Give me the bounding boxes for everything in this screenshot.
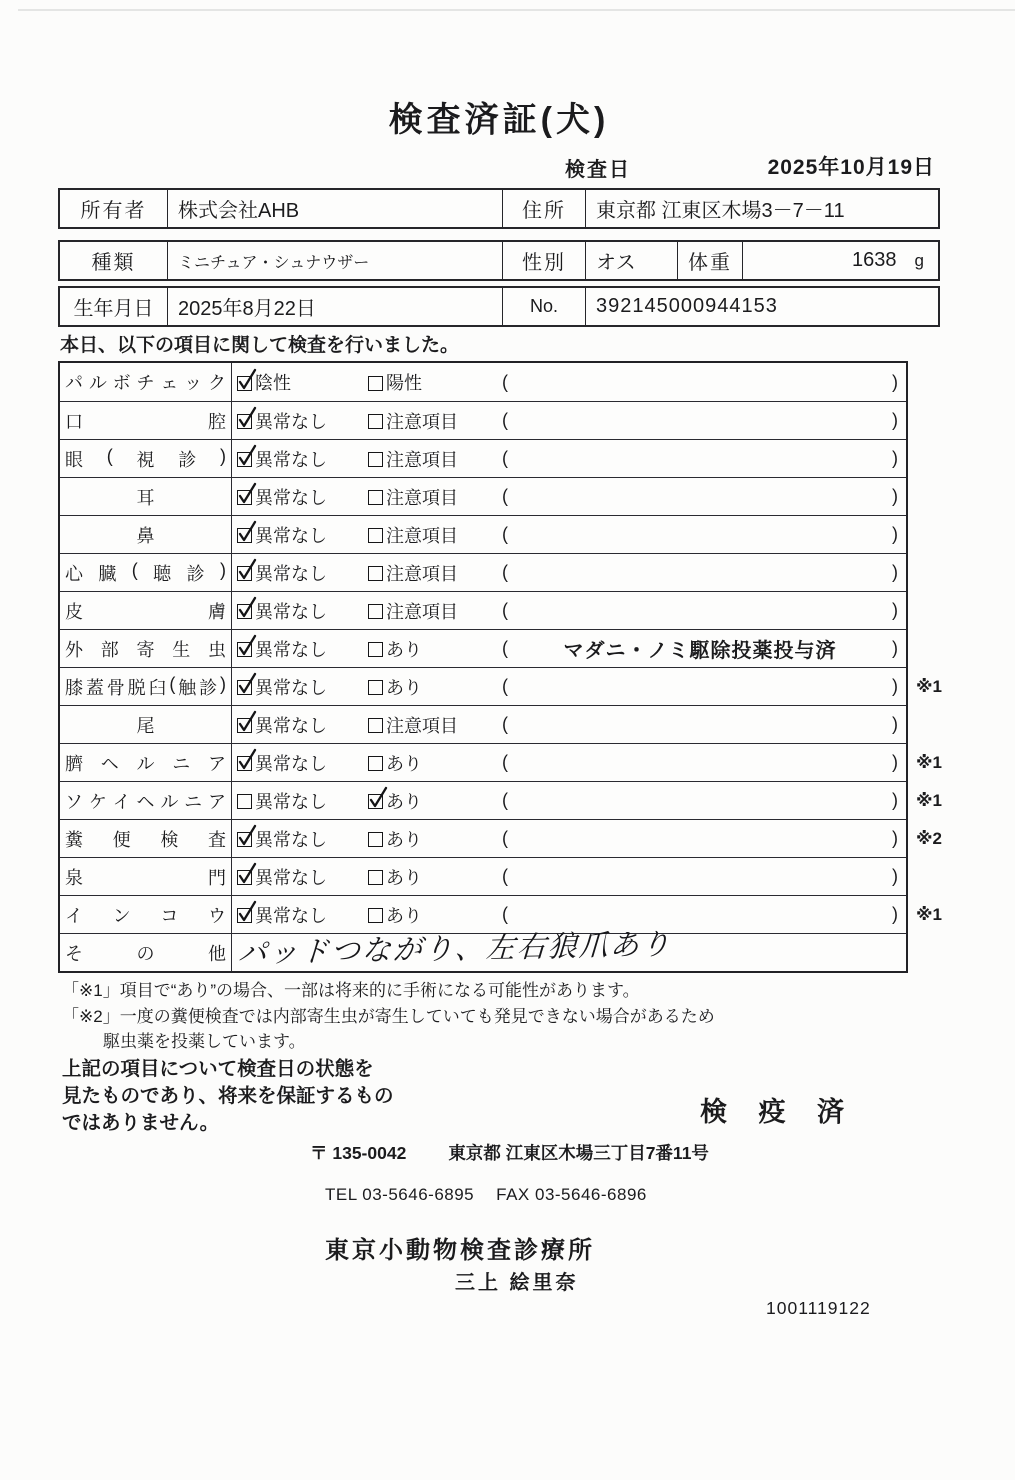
paren-close: ) xyxy=(892,858,898,895)
paren-open: ( xyxy=(502,706,508,743)
inspection-date-label: 検査日 xyxy=(565,153,631,182)
intro-text: 本日、以下の項目に関して検査を行いました。 xyxy=(60,330,459,357)
checkbox-unchecked xyxy=(368,452,383,467)
inspection-date-value: 2025年10月19日 xyxy=(768,151,935,181)
quarantine-stamp: 検 疫 済 xyxy=(700,1090,856,1129)
clinic-address: 東京都 江東区木場三丁目7番11号 xyxy=(448,1140,709,1165)
exam-row: 尾異常なし注意項目() xyxy=(60,705,906,743)
exam-row-content: 陰性陽性() xyxy=(232,363,906,401)
exam-option-2: あり xyxy=(368,820,422,857)
disclaimer-line-3: ではありません。 xyxy=(62,1110,394,1137)
handwritten-check-icon xyxy=(235,633,260,660)
paren-open: ( xyxy=(502,820,508,857)
checkbox-unchecked xyxy=(368,642,383,657)
paren-close: ) xyxy=(892,706,898,743)
checkbox-unchecked xyxy=(368,680,383,695)
exam-item-label: その他 xyxy=(60,934,232,971)
handwritten-check-icon xyxy=(235,443,260,470)
checkbox-unchecked xyxy=(368,718,383,733)
row-reference-mark: ※1 xyxy=(916,668,942,705)
scan-artifact-line xyxy=(18,9,1015,11)
clinic-tel: TEL 03-5646-6895 xyxy=(325,1185,474,1205)
handwritten-check-icon xyxy=(235,671,260,698)
weight-value-cell: 1638 g xyxy=(742,242,938,279)
checkbox-checked xyxy=(368,794,383,809)
address-label: 住所 xyxy=(502,190,585,227)
paren-open: ( xyxy=(502,554,508,591)
breed-label: 種類 xyxy=(60,242,167,279)
paren-close: ) xyxy=(892,554,898,591)
paren-close: ) xyxy=(892,516,898,553)
owner-label: 所有者 xyxy=(60,190,167,227)
exam-option-2: 注意項目 xyxy=(368,592,458,629)
exam-option-2: 注意項目 xyxy=(368,440,458,477)
handwritten-check-icon xyxy=(235,709,260,736)
exam-row-content: パッドつながり、左右狼爪あり xyxy=(232,934,906,971)
exam-row: ソケイヘルニア※1異常なしあり() xyxy=(60,781,906,819)
exam-option-2: あり xyxy=(368,858,422,895)
exam-row: 臍ヘルニア※1異常なしあり() xyxy=(60,743,906,781)
handwritten-check-icon xyxy=(366,785,391,812)
checkbox-checked xyxy=(237,718,252,733)
checkbox-unchecked xyxy=(368,490,383,505)
exam-row-content: 異常なし注意項目() xyxy=(232,402,906,439)
exam-item-label: 口腔 xyxy=(60,402,232,439)
exam-item-label: 糞便検査 xyxy=(60,820,232,857)
exam-row-content: 異常なしあり() xyxy=(232,668,906,705)
exam-item-label: ソケイヘルニア xyxy=(60,782,232,819)
handwritten-check-icon xyxy=(235,557,260,584)
handwritten-check-icon xyxy=(235,405,260,432)
handwritten-check-icon xyxy=(235,519,260,546)
exam-row-content: 異常なし注意項目() xyxy=(232,554,906,591)
animal-table-row2: 生年月日 2025年8月22日 No. 392145000944153 xyxy=(58,286,940,327)
clinic-name: 東京小動物検査診療所 xyxy=(325,1230,595,1265)
exam-option-2: 注意項目 xyxy=(368,706,458,743)
exam-row: パルボチェック陰性陽性() xyxy=(60,363,906,401)
exam-row: 心臓(聴診)異常なし注意項目() xyxy=(60,553,906,591)
weight-unit: g xyxy=(915,251,924,271)
paren-close: ) xyxy=(892,478,898,515)
exam-option-1: 異常なし xyxy=(237,516,327,553)
checkbox-unchecked xyxy=(368,832,383,847)
document-title: 検査済証(犬) xyxy=(58,92,940,141)
exam-option-2: 注意項目 xyxy=(368,478,458,515)
checkbox-checked xyxy=(237,642,252,657)
handwritten-check-icon xyxy=(235,367,260,394)
breed-value: ミニチュア・シュナウザー xyxy=(167,242,502,279)
checkbox-checked xyxy=(237,908,252,923)
handwritten-check-icon xyxy=(235,899,260,926)
exam-row: 口腔異常なし注意項目() xyxy=(60,401,906,439)
paren-close: ) xyxy=(892,402,898,439)
disclaimer-line-1: 上記の項目について検査日の状態を xyxy=(62,1056,394,1083)
handwritten-check-icon xyxy=(235,481,260,508)
paren-open: ( xyxy=(502,858,508,895)
checkbox-checked xyxy=(237,376,252,391)
exam-option-2: あり xyxy=(368,630,422,667)
sex-value: オス xyxy=(585,242,677,279)
exam-row-content: 異常なし注意項目() xyxy=(232,440,906,477)
paren-open: ( xyxy=(502,363,508,401)
checkbox-unchecked xyxy=(368,528,383,543)
exam-row: 眼(視診)異常なし注意項目() xyxy=(60,439,906,477)
checkbox-checked xyxy=(237,452,252,467)
exam-item-label: 外部寄生虫 xyxy=(60,630,232,667)
exam-item-label: 心臓(聴診) xyxy=(60,554,232,591)
exam-option-2: 注意項目 xyxy=(368,554,458,591)
checkbox-checked xyxy=(237,870,252,885)
paren-close: ) xyxy=(892,782,898,819)
exam-option-1: 異常なし xyxy=(237,554,327,591)
exam-option-1: 異常なし xyxy=(237,858,327,895)
scanned-certificate-page: 検査済証(犬) 検査日 2025年10月19日 所有者 株式会社AHB 住所 東… xyxy=(0,0,1015,1480)
no-value: 392145000944153 xyxy=(585,288,938,325)
paren-open: ( xyxy=(502,782,508,819)
serial-number: 1001119122 xyxy=(766,1298,871,1319)
exam-item-label: パルボチェック xyxy=(60,363,232,401)
weight-label: 体重 xyxy=(677,242,742,279)
exam-option-1: 陰性 xyxy=(237,363,291,401)
exam-row-content: 異常なし注意項目() xyxy=(232,592,906,629)
exam-item-label: 皮膚 xyxy=(60,592,232,629)
paren-open: ( xyxy=(502,478,508,515)
checkbox-checked xyxy=(237,414,252,429)
exam-option-1: 異常なし xyxy=(237,744,327,781)
footnote-2-line1: 「※2」一度の糞便検査では内部寄生虫が寄生していても発見できない場合があるため xyxy=(62,1002,715,1027)
exam-option-1: 異常なし xyxy=(237,592,327,629)
paren-close: ) xyxy=(892,744,898,781)
handwritten-check-icon xyxy=(235,823,260,850)
paren-open: ( xyxy=(502,592,508,629)
paren-open: ( xyxy=(502,668,508,705)
exam-item-label: 尾 xyxy=(60,706,232,743)
birthdate-label: 生年月日 xyxy=(60,288,167,325)
exam-row-content: 異常なし注意項目() xyxy=(232,706,906,743)
paren-close: ) xyxy=(892,630,898,667)
no-label: No. xyxy=(502,288,585,325)
exam-option-1: 異常なし xyxy=(237,706,327,743)
exam-option-1: 異常なし xyxy=(237,630,327,667)
exam-item-label: 泉門 xyxy=(60,858,232,895)
exam-row-content: 異常なし注意項目() xyxy=(232,516,906,553)
checkbox-unchecked xyxy=(368,566,383,581)
paren-close: ) xyxy=(892,363,898,401)
exam-item-label: 耳 xyxy=(60,478,232,515)
row-reference-mark: ※1 xyxy=(916,896,942,933)
clinic-postal-line: 〒 135-0042 東京都 江東区木場三丁目7番11号 xyxy=(310,1140,709,1165)
clinic-fax: FAX 03-5646-6896 xyxy=(496,1185,647,1205)
exam-item-label: 鼻 xyxy=(60,516,232,553)
checkbox-checked xyxy=(237,756,252,771)
checkbox-checked xyxy=(237,832,252,847)
exam-option-2: あり xyxy=(368,668,422,705)
checkbox-checked xyxy=(237,528,252,543)
exam-row-content: 異常なしあり() xyxy=(232,782,906,819)
checkbox-unchecked xyxy=(368,870,383,885)
exam-option-1: 異常なし xyxy=(237,668,327,705)
paren-close: ) xyxy=(892,820,898,857)
exam-row-content: 異常なしあり(マダニ・ノミ駆除投薬投与済) xyxy=(232,630,906,667)
exam-row: 膝蓋骨脱臼(触診)※1異常なしあり() xyxy=(60,667,906,705)
exam-row-content: 異常なしあり() xyxy=(232,858,906,895)
weight-value: 1638 xyxy=(852,249,897,272)
footnote-1: 「※1」項目で“あり”の場合、一部は将来的に手術になる可能性があります。 xyxy=(62,976,640,1001)
clinic-tel-line: TEL 03-5646-6895 FAX 03-5646-6896 xyxy=(325,1185,647,1205)
checkbox-unchecked xyxy=(237,794,252,809)
owner-table: 所有者 株式会社AHB 住所 東京都 江東区木場3－7－11 xyxy=(58,188,940,229)
exam-option-1: 異常なし xyxy=(237,782,327,819)
checkbox-unchecked xyxy=(368,604,383,619)
checkbox-unchecked xyxy=(368,414,383,429)
checkbox-checked xyxy=(237,566,252,581)
exam-row: 糞便検査※2異常なしあり() xyxy=(60,819,906,857)
animal-table-row1: 種類 ミニチュア・シュナウザー 性別 オス 体重 1638 g xyxy=(58,240,940,281)
checkbox-unchecked xyxy=(368,756,383,771)
exam-row: 外部寄生虫異常なしあり(マダニ・ノミ駆除投薬投与済) xyxy=(60,629,906,667)
paren-note-text: マダニ・ノミ駆除投薬投与済 xyxy=(520,630,880,667)
exam-option-2: 注意項目 xyxy=(368,402,458,439)
owner-value: 株式会社AHB xyxy=(167,190,502,227)
exam-row-content: 異常なし注意項目() xyxy=(232,478,906,515)
paren-close: ) xyxy=(892,592,898,629)
exam-option-2: 注意項目 xyxy=(368,516,458,553)
exam-row: その他パッドつながり、左右狼爪あり xyxy=(60,933,906,971)
paren-close: ) xyxy=(892,668,898,705)
paren-open: ( xyxy=(502,516,508,553)
exam-option-1: 異常なし xyxy=(237,402,327,439)
exam-option-1: 異常なし xyxy=(237,440,327,477)
exam-option-1: 異常なし xyxy=(237,820,327,857)
row-reference-mark: ※2 xyxy=(916,820,942,857)
paren-open: ( xyxy=(502,402,508,439)
disclaimer-text: 上記の項目について検査日の状態を 見たものであり、将来を保証するもの ではありま… xyxy=(62,1056,394,1137)
exam-row-content: 異常なしあり() xyxy=(232,820,906,857)
exam-option-2: 陽性 xyxy=(368,363,422,401)
exam-item-label: インコウ xyxy=(60,896,232,933)
exam-row-content: 異常なしあり() xyxy=(232,744,906,781)
checkbox-unchecked xyxy=(368,908,383,923)
row-reference-mark: ※1 xyxy=(916,744,942,781)
exam-item-label: 眼(視診) xyxy=(60,440,232,477)
exam-table: パルボチェック陰性陽性()口腔異常なし注意項目()眼(視診)異常なし注意項目()… xyxy=(58,361,908,973)
footnote-2-line2: 駆虫薬を投薬しています。 xyxy=(103,1027,306,1052)
sex-label: 性別 xyxy=(502,242,585,279)
birthdate-value: 2025年8月22日 xyxy=(167,288,502,325)
checkbox-checked xyxy=(237,680,252,695)
examiner-name: 三上 絵里奈 xyxy=(455,1266,579,1295)
exam-option-1: 異常なし xyxy=(237,478,327,515)
checkbox-checked xyxy=(237,604,252,619)
exam-option-2: あり xyxy=(368,782,422,819)
postal-code: 〒 135-0042 xyxy=(310,1140,406,1165)
exam-item-label: 臍ヘルニア xyxy=(60,744,232,781)
exam-row: 皮膚異常なし注意項目() xyxy=(60,591,906,629)
exam-item-label: 膝蓋骨脱臼(触診) xyxy=(60,668,232,705)
handwritten-check-icon xyxy=(235,747,260,774)
paren-open: ( xyxy=(502,630,508,667)
paren-close: ) xyxy=(892,440,898,477)
paren-open: ( xyxy=(502,744,508,781)
exam-row: 鼻異常なし注意項目() xyxy=(60,515,906,553)
paren-open: ( xyxy=(502,440,508,477)
handwritten-check-icon xyxy=(235,861,260,888)
exam-row: 泉門異常なしあり() xyxy=(60,857,906,895)
row-reference-mark: ※1 xyxy=(916,782,942,819)
checkbox-unchecked xyxy=(368,376,383,391)
disclaimer-line-2: 見たものであり、将来を保証するもの xyxy=(62,1083,394,1110)
address-value: 東京都 江東区木場3－7－11 xyxy=(585,190,938,227)
checkbox-checked xyxy=(237,490,252,505)
handwritten-check-icon xyxy=(235,595,260,622)
exam-option-2: あり xyxy=(368,744,422,781)
exam-row: 耳異常なし注意項目() xyxy=(60,477,906,515)
